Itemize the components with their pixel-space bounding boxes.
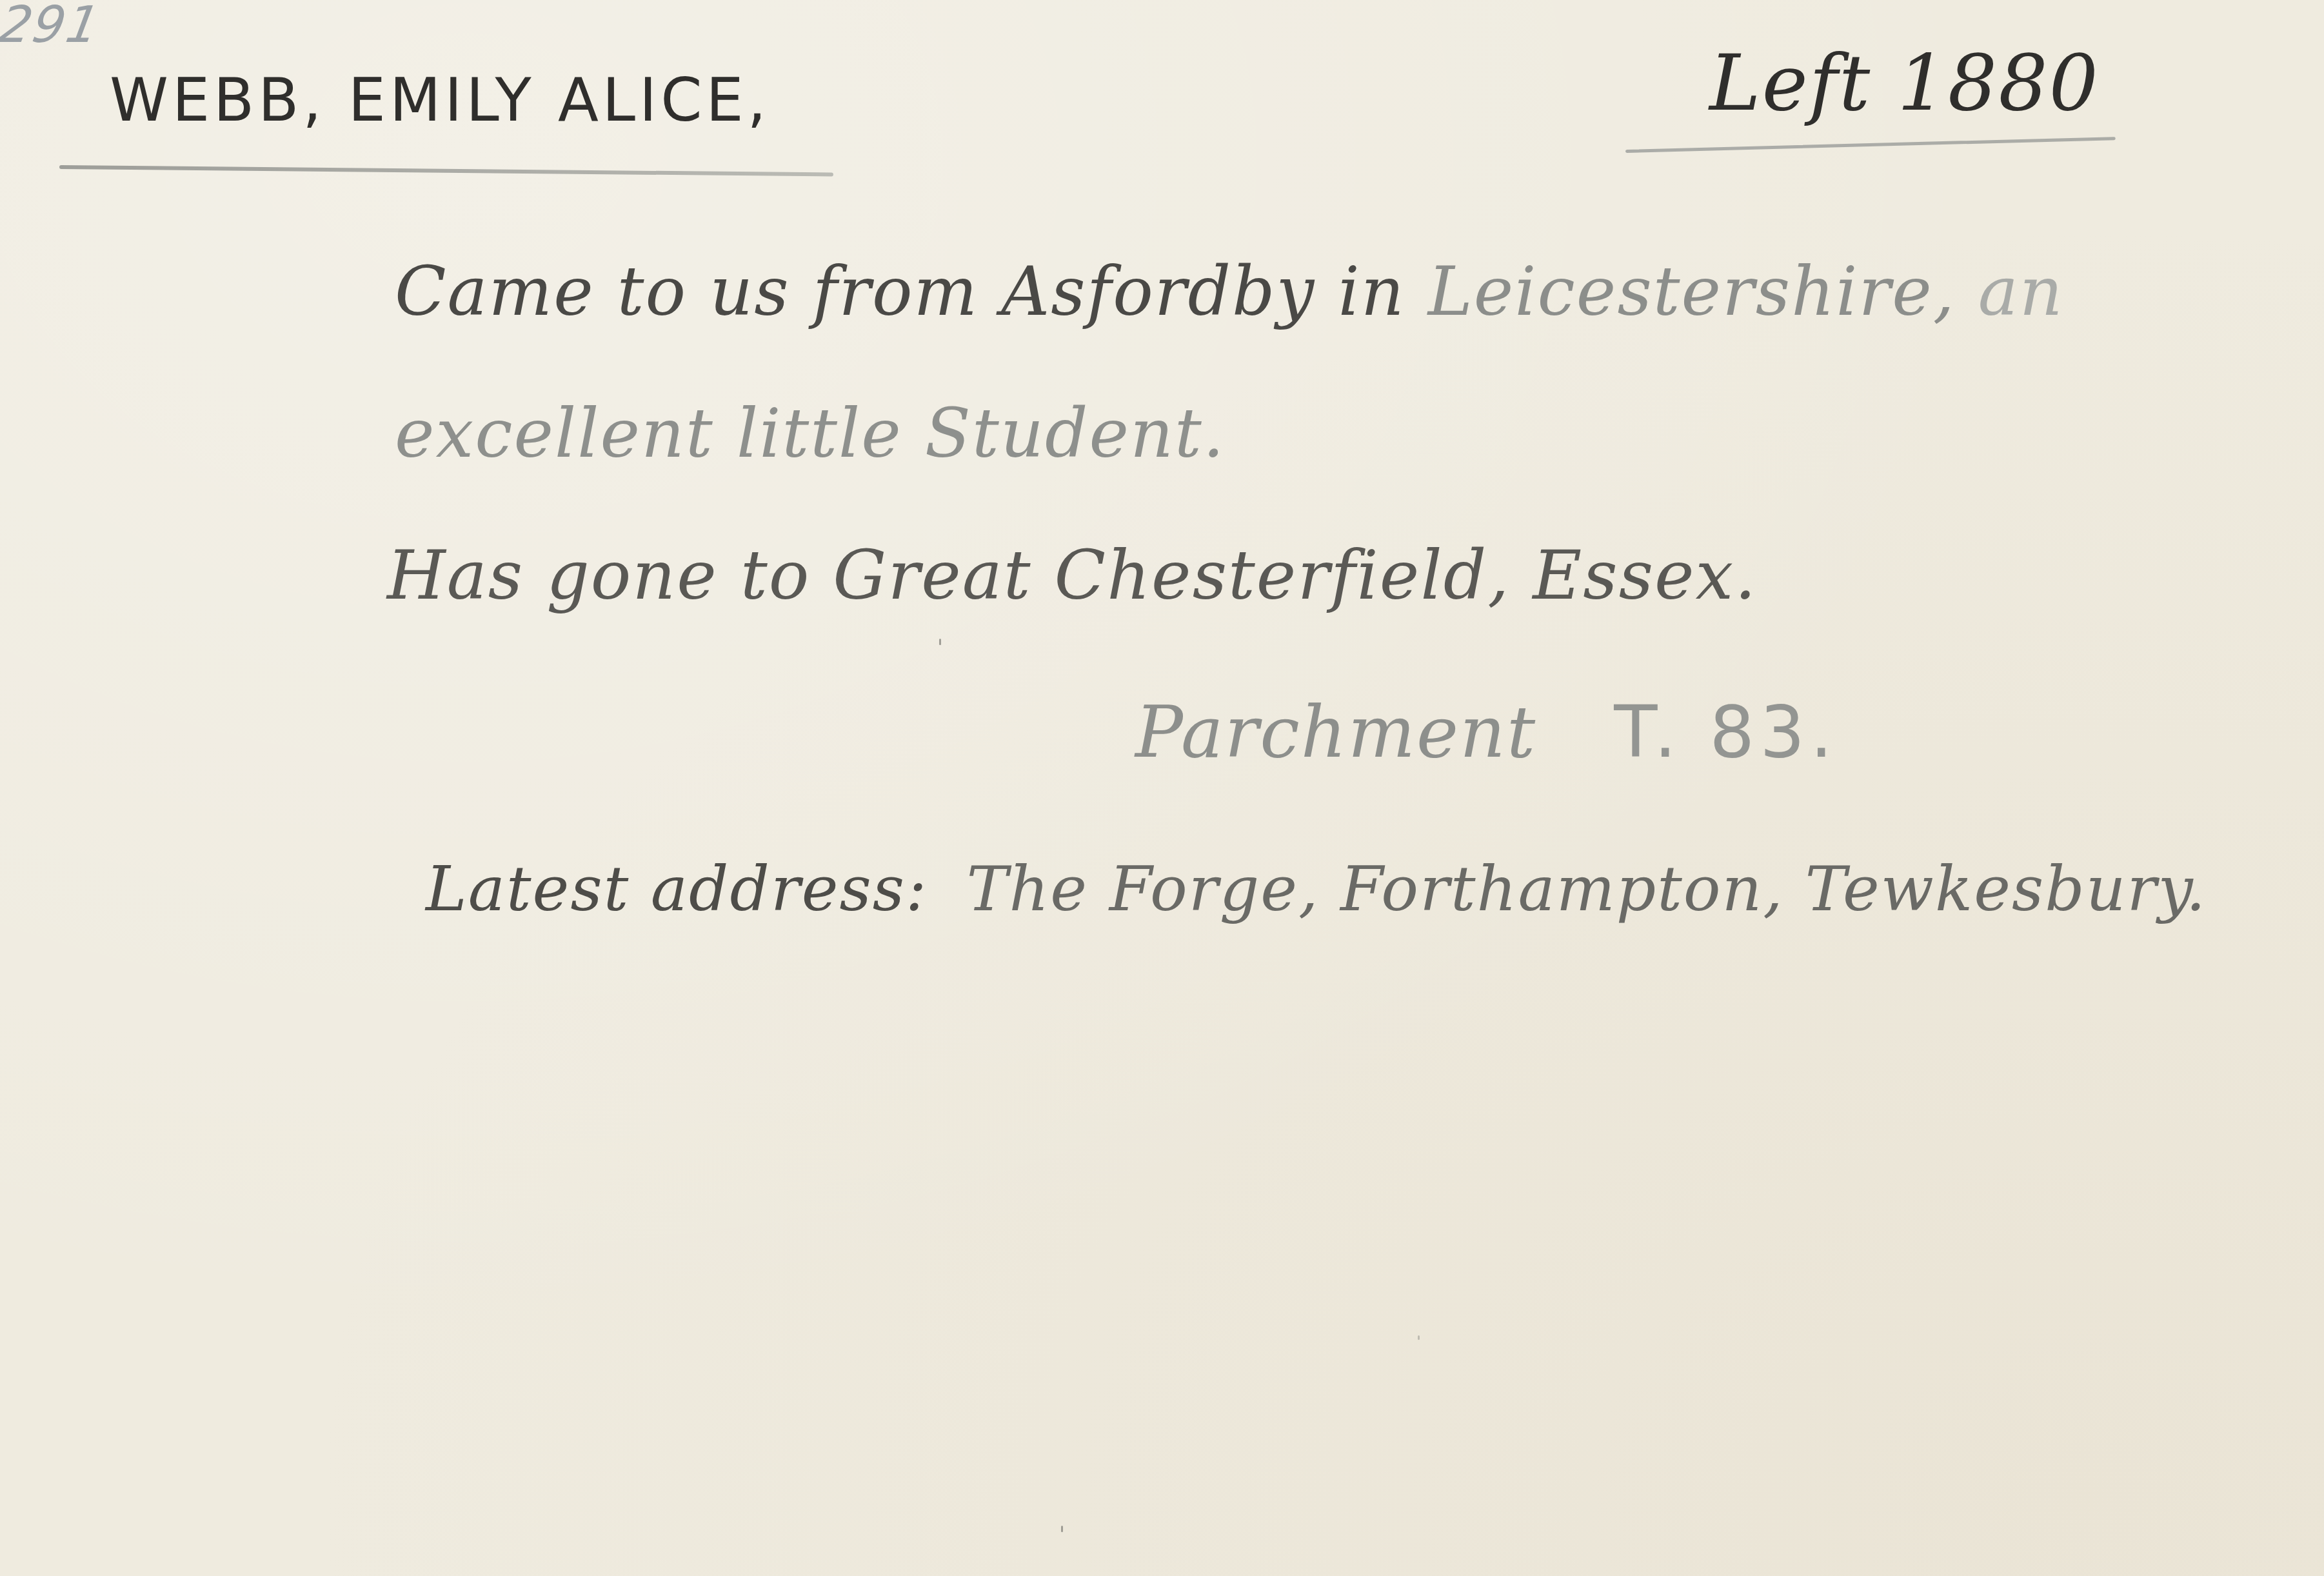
- paper-speck: [1061, 1526, 1063, 1532]
- note-line-destination: Has gone to Great Chesterfield, Essex.: [387, 542, 1757, 609]
- note-line-assessment: excellent little Student.: [395, 400, 1226, 467]
- latest-address-label: Latest address:: [426, 853, 928, 925]
- name-underline: [59, 165, 833, 177]
- note-origin-text: Came to us from Asfordby in: [395, 252, 1428, 331]
- latest-address-value: The Forge, Forthampton, Tewkesbury.: [966, 853, 2207, 925]
- parchment-label: Parchment: [1135, 691, 1536, 773]
- left-date: Left 1880: [1709, 45, 2100, 123]
- left-date-underline: [1625, 137, 2116, 153]
- parchment-reference: T. 83.: [1614, 691, 1838, 773]
- student-name: WEBB, EMILY ALICE,: [110, 71, 770, 130]
- note-origin-article: an: [1978, 252, 2064, 331]
- record-card: 291 WEBB, EMILY ALICE, Left 1880 Came to…: [0, 0, 2324, 1576]
- paper-speck: [1418, 1335, 1420, 1340]
- note-origin-county: Leicestershire,: [1428, 252, 1978, 331]
- paper-speck: [939, 639, 941, 645]
- note-line-origin: Came to us from Asfordby in Leicestershi…: [395, 258, 2064, 325]
- page-number: 291: [0, 0, 104, 50]
- parchment-entry: ParchmentT. 83.: [1135, 697, 1838, 768]
- latest-address-line: Latest address:The Forge, Forthampton, T…: [426, 858, 2207, 920]
